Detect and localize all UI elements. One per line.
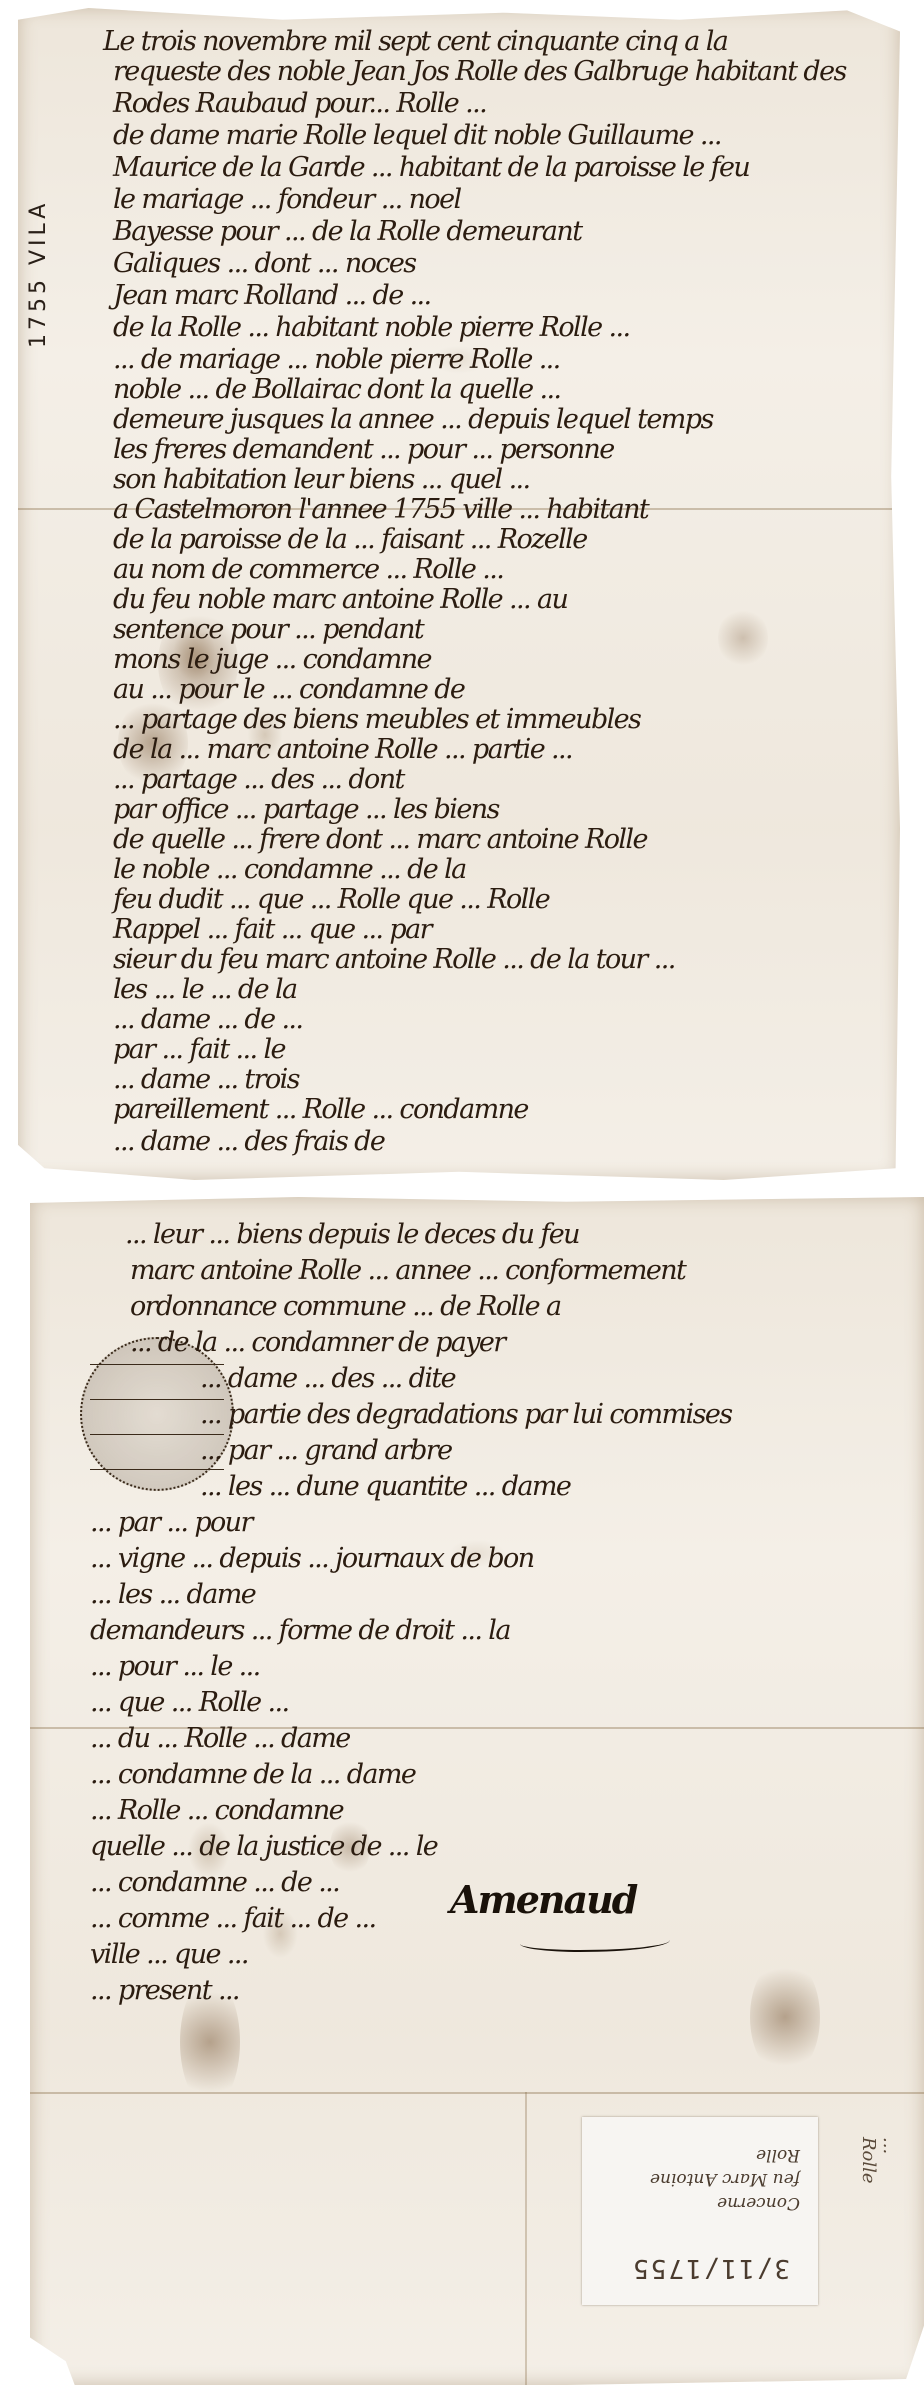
margin-note: 1755 VILA — [26, 200, 51, 348]
text-line: ... dame ... trois — [113, 1064, 299, 1095]
text-line: ... par ... pour — [90, 1507, 252, 1538]
text-line: requeste des noble Jean Jos Rolle des Ga… — [113, 56, 846, 87]
text-line: au nom de commerce ... Rolle ... — [113, 554, 503, 585]
text-line: ville ... que ... — [90, 1939, 248, 1970]
ink-stain — [750, 1957, 820, 2077]
archive-label: 3/11/1755 Concerne feu Marc Antoine Roll… — [582, 2117, 818, 2305]
text-line: ... que ... Rolle ... — [90, 1687, 288, 1718]
ink-stain — [718, 608, 768, 668]
text-line: marc antoine Rolle ... annee ... conform… — [130, 1255, 685, 1286]
text-line: pareillement ... Rolle ... condamne — [113, 1094, 528, 1125]
text-line: Galiques ... dont ... noces — [113, 248, 415, 279]
text-line: ordonnance commune ... de Rolle a — [130, 1291, 560, 1322]
signature-flourish — [520, 1932, 670, 1952]
text-line: de la ... marc antoine Rolle ... partie … — [113, 734, 572, 765]
text-line: ... de mariage ... noble pierre Rolle ..… — [113, 344, 560, 375]
text-line: ... vigne ... depuis ... journaux de bon — [90, 1543, 534, 1574]
text-line: noble ... de Bollairac dont la quelle ..… — [113, 374, 560, 405]
text-line: ... pour ... le ... — [90, 1651, 260, 1682]
text-line: ... partie des degradations par lui comm… — [200, 1399, 731, 1430]
text-line: mons le juge ... condamne — [113, 644, 431, 675]
text-line: ... present ... — [90, 1975, 239, 2006]
text-line: sieur du feu marc antoine Rolle ... de l… — [113, 944, 675, 975]
text-line: feu dudit ... que ... Rolle que ... Roll… — [113, 884, 549, 915]
text-line: de quelle ... frere dont ... marc antoin… — [113, 824, 647, 855]
text-line: ... les ... dune quantite ... dame — [200, 1471, 570, 1502]
text-line: Bayesse pour ... de la Rolle demeurant — [113, 216, 581, 247]
text-line: ... dame ... des ... dite — [200, 1363, 455, 1394]
text-line: a Castelmoron l'annee 1755 ville ... hab… — [113, 494, 648, 525]
manuscript-page-2: ... leur ... biens depuis le deces du fe… — [30, 1197, 924, 2385]
text-line: de dame marie Rolle lequel dit noble Gui… — [113, 120, 721, 151]
text-line: ... du ... Rolle ... dame — [90, 1723, 350, 1754]
text-line: au ... pour le ... condamne de — [113, 674, 464, 705]
label-note: Concerne feu Marc Antoine Rolle — [650, 2143, 800, 2215]
text-line: ... de la ... condamner de payer — [130, 1327, 505, 1358]
text-line: ... dame ... des frais de — [113, 1126, 384, 1157]
signature: Amenaud — [450, 1877, 636, 1922]
text-line: Le trois novembre mil sept cent cinquant… — [103, 26, 727, 57]
text-line: ... condamne ... de ... — [90, 1867, 339, 1898]
text-line: ... par ... grand arbre — [200, 1435, 451, 1466]
text-line: par office ... partage ... les biens — [113, 794, 499, 825]
text-line: ... partage ... des ... dont — [113, 764, 404, 795]
text-line: sentence pour ... pendant — [113, 614, 423, 645]
spine-annotation: ... Rolle — [858, 2137, 900, 2184]
text-line: du feu noble marc antoine Rolle ... au — [113, 584, 567, 615]
text-line: par ... fait ... le — [113, 1034, 285, 1065]
text-line: le noble ... condamne ... de la — [113, 854, 466, 885]
text-line: demeure jusques la annee ... depuis lequ… — [113, 404, 713, 435]
text-line: ... Rolle ... condamne — [90, 1795, 343, 1826]
text-line: Rodes Raubaud pour... Rolle ... — [113, 88, 486, 119]
text-line: le mariage ... fondeur ... noel — [113, 184, 460, 215]
text-line: ... leur ... biens depuis le deces du fe… — [125, 1219, 579, 1250]
text-line: son habitation leur biens ... quel ... — [113, 464, 530, 495]
text-line: Rappel ... fait ... que ... par — [113, 914, 431, 945]
text-line: ... partage des biens meubles et immeubl… — [113, 704, 640, 735]
text-line: quelle ... de la justice de ... le — [90, 1831, 437, 1862]
text-line: Jean marc Rolland ... de ... — [113, 280, 431, 311]
text-line: de la Rolle ... habitant noble pierre Ro… — [113, 312, 629, 343]
text-line: ... dame ... de ... — [113, 1004, 302, 1035]
fold-crease — [525, 2092, 527, 2385]
text-line: demandeurs ... forme de droit ... la — [90, 1615, 510, 1646]
text-line: Maurice de la Garde ... habitant de la p… — [113, 152, 749, 183]
text-line: ... condamne de la ... dame — [90, 1759, 415, 1790]
text-line: ... les ... dame — [90, 1579, 255, 1610]
label-date: 3/11/1755 — [631, 2253, 790, 2283]
text-line: ... comme ... fait ... de ... — [90, 1903, 375, 1934]
text-line: les freres demandent ... pour ... person… — [113, 434, 614, 465]
text-line: les ... le ... de la — [113, 974, 297, 1005]
fold-crease — [30, 2092, 924, 2094]
manuscript-page-1: 1755 VILA Le trois novembre mil sept cen… — [18, 8, 900, 1180]
text-line: de la paroisse de la ... faisant ... Roz… — [113, 524, 587, 555]
